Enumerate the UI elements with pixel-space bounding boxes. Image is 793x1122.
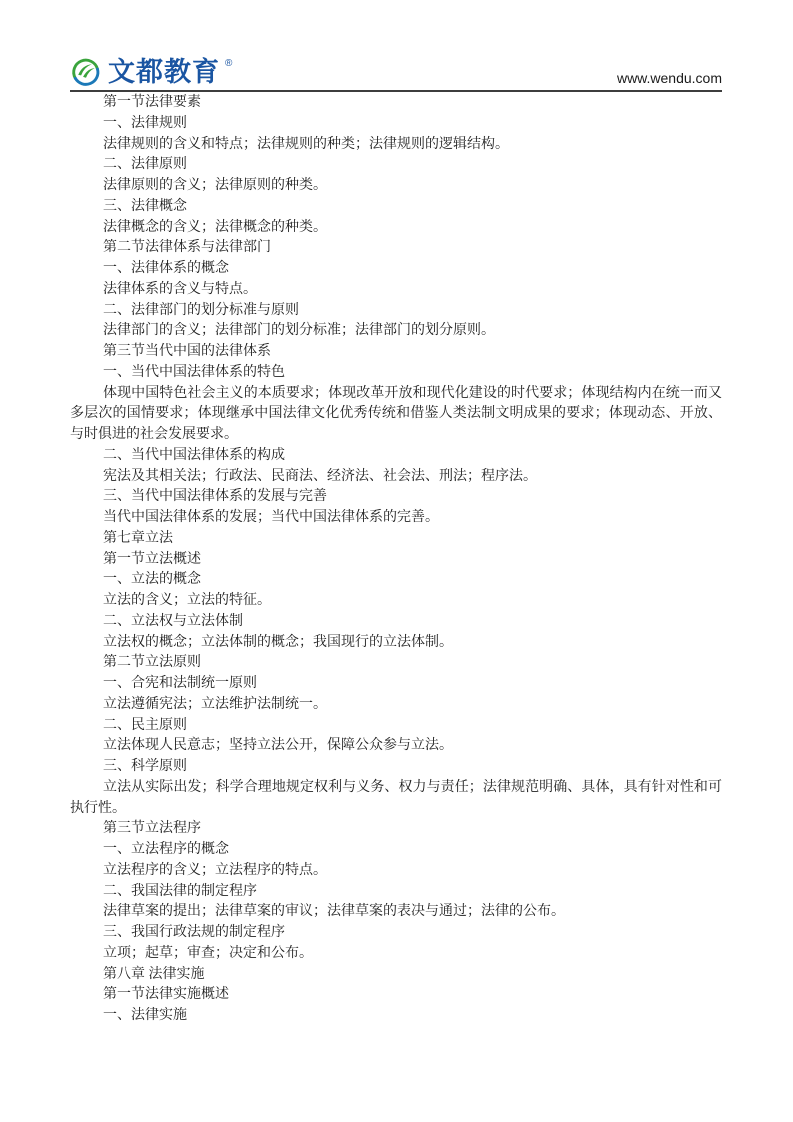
paragraph: 法律草案的提出；法律草案的审议；法律草案的表决与通过；法律的公布。 xyxy=(70,902,722,923)
paragraph: 一、法律体系的概念 xyxy=(70,259,722,280)
paragraph: 法律体系的含义与特点。 xyxy=(70,280,722,301)
paragraph: 一、合宪和法制统一原则 xyxy=(70,674,722,695)
paragraph: 立法从实际出发；科学合理地规定权利与义务、权力与责任；法律规范明确、具体，具有针… xyxy=(70,778,722,820)
paragraph: 第一节法律要素 xyxy=(70,93,722,114)
paragraph: 第二节立法原则 xyxy=(70,653,722,674)
paragraph: 立法权的概念；立法体制的概念；我国现行的立法体制。 xyxy=(70,633,722,654)
paragraph: 法律部门的含义；法律部门的划分标准；法律部门的划分原则。 xyxy=(70,321,722,342)
brand-name: 文都教育 xyxy=(108,57,220,87)
paragraph: 一、立法程序的概念 xyxy=(70,840,722,861)
paragraph: 立法的含义；立法的特征。 xyxy=(70,591,722,612)
paragraph: 体现中国特色社会主义的本质要求；体现改革开放和现代化建设的时代要求；体现结构内在… xyxy=(70,384,722,446)
paragraph: 宪法及其相关法；行政法、民商法、经济法、社会法、刑法；程序法。 xyxy=(70,467,722,488)
paragraph: 二、民主原则 xyxy=(70,716,722,737)
paragraph: 第三节立法程序 xyxy=(70,819,722,840)
paragraph: 当代中国法律体系的发展；当代中国法律体系的完善。 xyxy=(70,508,722,529)
paragraph: 立法体现人民意志；坚持立法公开，保障公众参与立法。 xyxy=(70,736,722,757)
paragraph: 立项；起草；审查；决定和公布。 xyxy=(70,944,722,965)
paragraph: 三、当代中国法律体系的发展与完善 xyxy=(70,487,722,508)
wendu-logo-icon xyxy=(70,56,101,87)
paragraph: 法律概念的含义；法律概念的种类。 xyxy=(70,218,722,239)
paragraph: 立法遵循宪法；立法维护法制统一。 xyxy=(70,695,722,716)
paragraph: 一、当代中国法律体系的特色 xyxy=(70,363,722,384)
paragraph: 三、我国行政法规的制定程序 xyxy=(70,923,722,944)
paragraph: 二、法律部门的划分标准与原则 xyxy=(70,301,722,322)
paragraph: 二、当代中国法律体系的构成 xyxy=(70,446,722,467)
paragraph: 一、立法的概念 xyxy=(70,570,722,591)
paragraph: 第二节法律体系与法律部门 xyxy=(70,238,722,259)
paragraph: 第七章立法 xyxy=(70,529,722,550)
paragraph: 三、科学原则 xyxy=(70,757,722,778)
paragraph: 法律原则的含义；法律原则的种类。 xyxy=(70,176,722,197)
paragraph: 法律规则的含义和特点；法律规则的种类；法律规则的逻辑结构。 xyxy=(70,135,722,156)
paragraph: 第一节立法概述 xyxy=(70,550,722,571)
page-header: 文都教育 ® www.wendu.com xyxy=(70,46,722,92)
paragraph: 一、法律规则 xyxy=(70,114,722,135)
paragraph: 二、我国法律的制定程序 xyxy=(70,882,722,903)
paragraph: 立法程序的含义；立法程序的特点。 xyxy=(70,861,722,882)
paragraph: 二、立法权与立法体制 xyxy=(70,612,722,633)
website-url: www.wendu.com xyxy=(617,70,722,90)
paragraph: 一、法律实施 xyxy=(70,1006,722,1027)
registered-trademark-icon: ® xyxy=(225,58,232,69)
document-body: 第一节法律要素一、法律规则法律规则的含义和特点；法律规则的种类；法律规则的逻辑结… xyxy=(70,93,722,1027)
paragraph: 二、法律原则 xyxy=(70,155,722,176)
paragraph: 三、法律概念 xyxy=(70,197,722,218)
paragraph: 第一节法律实施概述 xyxy=(70,985,722,1006)
wendu-logo: 文都教育 ® xyxy=(70,56,232,90)
paragraph: 第三节当代中国的法律体系 xyxy=(70,342,722,363)
paragraph: 第八章 法律实施 xyxy=(70,965,722,986)
document-page: 文都教育 ® www.wendu.com 第一节法律要素一、法律规则法律规则的含… xyxy=(0,0,793,1122)
